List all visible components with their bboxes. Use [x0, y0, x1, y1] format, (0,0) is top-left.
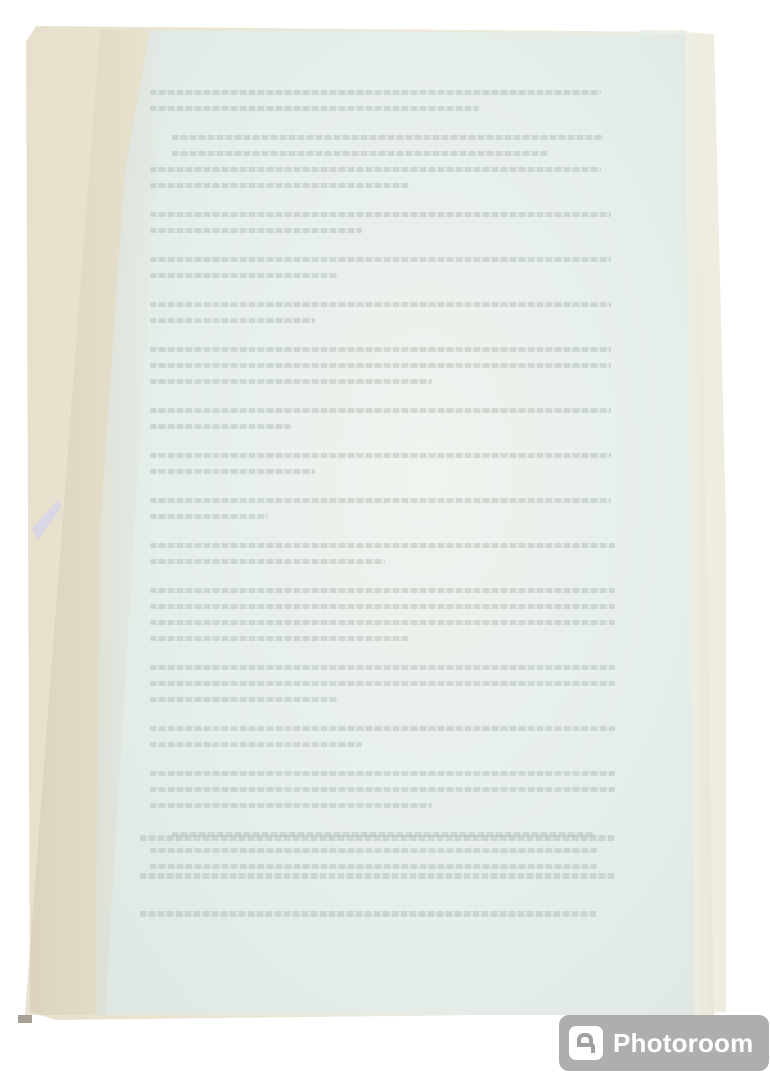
faded-text-line [150, 469, 315, 474]
faded-text-line [150, 167, 601, 172]
faded-text-line [172, 151, 548, 156]
faded-text-line [150, 453, 611, 458]
faded-text-line [150, 543, 615, 548]
watermark-label: Photoroom [613, 1028, 753, 1059]
faded-text-line [150, 559, 385, 564]
faded-text-line [150, 318, 315, 323]
faded-text-line [150, 183, 409, 188]
faded-text-footer [140, 835, 615, 949]
faded-text-line [150, 697, 338, 702]
paper-corner [18, 1015, 32, 1023]
photoroom-logo-icon [569, 1026, 603, 1060]
faded-text-line [150, 620, 615, 625]
faded-text-line [150, 347, 611, 352]
faded-text-line [150, 588, 615, 593]
faded-text-line [150, 408, 611, 413]
faded-text-line [150, 514, 268, 519]
faded-text-block [150, 90, 620, 880]
faded-text-line [150, 771, 615, 776]
faded-text-line [150, 424, 291, 429]
faded-text-line [150, 273, 338, 278]
faded-text-line [150, 498, 611, 503]
faded-text-line [172, 135, 604, 140]
faded-text-line [150, 742, 362, 747]
faded-text-line [150, 302, 611, 307]
photoroom-watermark: Photoroom [559, 1015, 769, 1071]
document-photo: Photoroom [0, 0, 770, 1080]
faded-text-line [140, 835, 615, 841]
faded-text-line [140, 873, 615, 879]
faded-text-line [150, 363, 611, 368]
faded-text-line [150, 726, 615, 731]
faded-text-line [150, 665, 615, 670]
faded-text-line [150, 379, 432, 384]
faded-text-line [150, 681, 615, 686]
faded-text-line [150, 604, 615, 609]
faded-text-line [150, 228, 362, 233]
faded-text-line [150, 787, 615, 792]
faded-text-line [140, 911, 596, 917]
faded-text-line [150, 90, 601, 95]
faded-text-line [150, 636, 409, 641]
faded-text-line [150, 257, 611, 262]
faded-text-line [150, 803, 432, 808]
faded-text-line [150, 212, 611, 217]
faded-text-line [150, 106, 479, 111]
